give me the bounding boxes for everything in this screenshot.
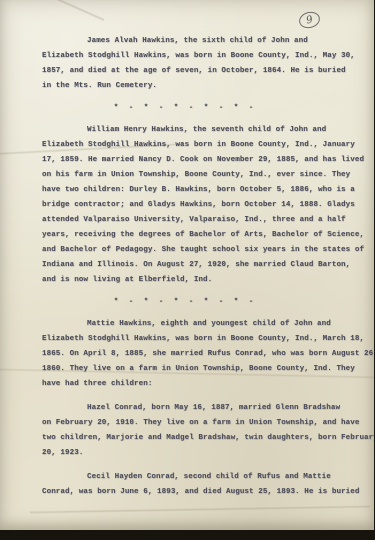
document-line: have two children: Durley B. Hawkins, bo… [42,183,368,198]
section-separator: * - * - * - * - * - [42,295,368,310]
document-line: have had three children: [42,377,368,392]
document-line: Indiana and Illinois. On August 27, 1920… [42,258,368,273]
document-line: 1860. They live on a farm in Union Towns… [42,362,368,377]
document-line: and is now living at Elberfield, Ind. [42,273,368,288]
document-line: two children, Marjorie and Madgel Bradsh… [42,431,368,446]
typewritten-text: James Alvah Hawkins, the sixth child of … [42,34,368,500]
document-line: Hazel Conrad, born May 16, 1887, married… [42,401,368,416]
document-line: 17, 1859. He married Nancy D. Cook on No… [42,153,368,168]
document-page: 9 James Alvah Hawkins, the sixth child o… [0,0,374,530]
document-line: and Bachelor of Pedagogy. She taught sch… [42,243,368,258]
section-separator: * - * - * - * - * - [42,101,368,116]
document-line: 1857, and died at the age of seven, in O… [42,64,368,79]
document-line: William Henry Hawkins, the seventh child… [42,123,368,138]
document-line: on his farm in Union Township, Boone Cou… [42,168,368,183]
document-line: Elizabeth Stodghill Hawkins, was born in… [42,138,368,153]
page-number: 9 [305,14,314,26]
document-line: in the Mts. Run Cemetery. [42,79,368,94]
document-line: Cecil Hayden Conrad, second child of Ruf… [42,470,368,485]
document-line: James Alvah Hawkins, the sixth child of … [42,34,368,49]
paper-crease [30,505,370,514]
document-line: Conrad, was born June 6, 1893, and died … [42,485,368,500]
document-line: attended Valparaiso University, Valparai… [42,213,368,228]
document-line: Elizabeth Stodghill Hawkins, was born in… [42,332,368,347]
document-line: Mattie Hawkins, eighth and youngest chil… [42,317,368,332]
page-number-circle: 9 [297,10,321,31]
document-line: on February 20, 1910. They live on a far… [42,416,368,431]
paper-crease [0,0,105,21]
document-line: 1865. On April 8, 1885, she married Rufu… [42,347,368,362]
document-line: 20, 1923. [42,446,368,461]
document-line: bridge contractor; and Gladys Hawkins, b… [42,198,368,213]
document-line: Elizabeth Stodghill Hawkins, was born in… [42,49,368,64]
document-line: years, receiving the degrees of Bachelor… [42,228,368,243]
